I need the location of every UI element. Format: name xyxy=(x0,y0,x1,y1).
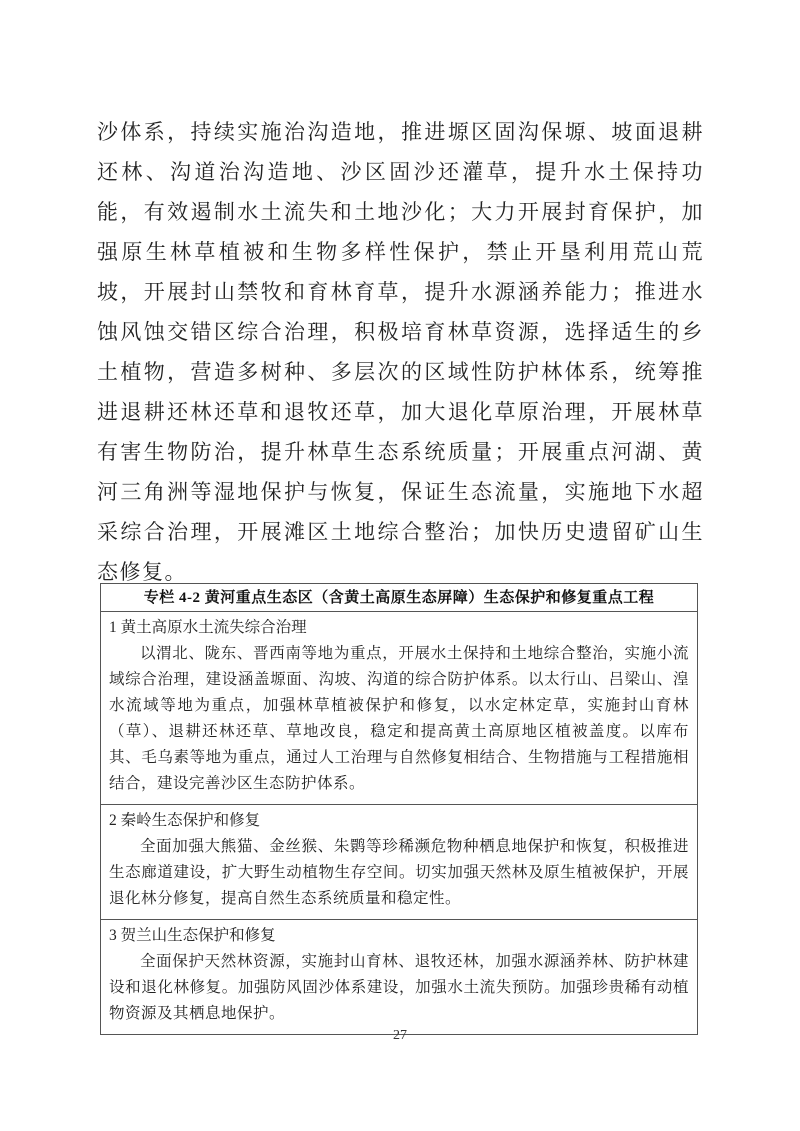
box-item-3-body: 全面保护天然林资源，实施封山育林、退牧还林，加强水源涵养林、防护林建设和退化林修… xyxy=(109,949,689,1027)
box-item-2-body: 全面加强大熊猫、金丝猴、朱鹮等珍稀濒危物种栖息地保护和恢复，积极推进生态廊道建设… xyxy=(109,834,689,912)
feature-box-4-2: 专栏 4-2 黄河重点生态区（含黄土高原生态屏障）生态保护和修复重点工程 1 黄… xyxy=(100,583,698,1035)
page-number: 27 xyxy=(0,1028,800,1044)
box-item-3-heading: 3 贺兰山生态保护和修复 xyxy=(109,923,689,949)
box-item-1: 1 黄土高原水土流失综合治理 以渭北、陇东、晋西南等地为重点，开展水土保持和土地… xyxy=(101,612,697,805)
box-item-3: 3 贺兰山生态保护和修复 全面保护天然林资源，实施封山育林、退牧还林，加强水源涵… xyxy=(101,920,697,1034)
document-page: 沙体系，持续实施治沟造地，推进塬区固沟保塬、坡面退耕还林、沟道治沟造地、沙区固沙… xyxy=(0,0,800,1131)
box-item-2-heading: 2 秦岭生态保护和修复 xyxy=(109,808,689,834)
box-item-1-body: 以渭北、陇东、晋西南等地为重点，开展水土保持和土地综合整治，实施小流域综合治理，… xyxy=(109,641,689,797)
body-paragraph: 沙体系，持续实施治沟造地，推进塬区固沟保塬、坡面退耕还林、沟道治沟造地、沙区固沙… xyxy=(97,112,704,592)
box-item-1-heading: 1 黄土高原水土流失综合治理 xyxy=(109,615,689,641)
box-item-2: 2 秦岭生态保护和修复 全面加强大熊猫、金丝猴、朱鹮等珍稀濒危物种栖息地保护和恢… xyxy=(101,805,697,920)
feature-box-title: 专栏 4-2 黄河重点生态区（含黄土高原生态屏障）生态保护和修复重点工程 xyxy=(101,584,697,612)
